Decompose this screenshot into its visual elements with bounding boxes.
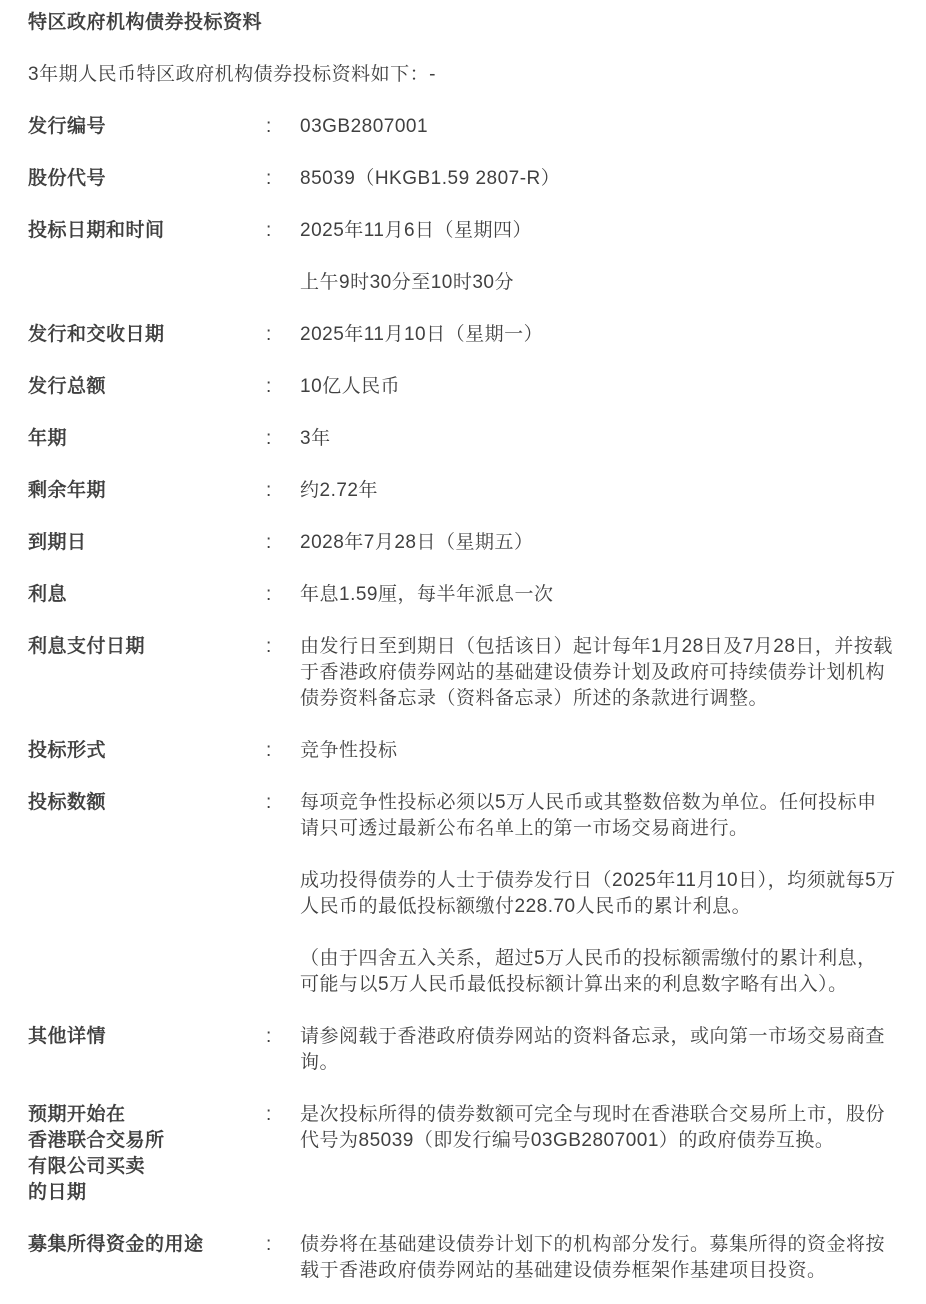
table-row: 到期日 : 2028年7月28日（星期五） <box>28 530 896 556</box>
row-value: 是次投标所得的债券数额可完全与现时在香港联合交易所上市，股份代号为85039（即… <box>300 1102 896 1154</box>
intro-line: 3年期人民币特区政府机构债券投标资料如下：- <box>28 62 896 88</box>
row-value-paragraph: 成功投得债券的人士于债券发行日（2025年11月10日），均须就每5万人民币的最… <box>300 868 896 920</box>
row-value-paragraph: 是次投标所得的债券数额可完全与现时在香港联合交易所上市，股份代号为85039（即… <box>300 1102 896 1154</box>
row-colon: : <box>266 322 300 348</box>
row-value-paragraph: 约2.72年 <box>300 478 896 504</box>
row-colon: : <box>266 166 300 192</box>
row-label: 其他详情 <box>28 1024 266 1050</box>
table-row: 发行编号 : 03GB2807001 <box>28 114 896 140</box>
row-value-paragraph: 3年 <box>300 426 896 452</box>
row-value: 10亿人民币 <box>300 374 896 400</box>
row-value-paragraph: 每项竞争性投标必须以5万人民币或其整数倍数为单位。任何投标申请只可透过最新公布名… <box>300 790 896 842</box>
row-colon: : <box>266 218 300 244</box>
row-value-paragraph: 年息1.59厘，每半年派息一次 <box>300 582 896 608</box>
row-value-paragraph: 由发行日至到期日（包括该日）起计每年1月28日及7月28日，并按载于香港政府债券… <box>300 634 896 712</box>
row-value-paragraph: 竞争性投标 <box>300 738 896 764</box>
row-label: 利息支付日期 <box>28 634 266 660</box>
row-value: 2025年11月6日（星期四）上午9时30分至10时30分 <box>300 218 896 296</box>
row-value-paragraph: 上午9时30分至10时30分 <box>300 270 896 296</box>
row-value: 2025年11月10日（星期一） <box>300 322 896 348</box>
row-colon: : <box>266 1232 300 1258</box>
table-row: 发行和交收日期 : 2025年11月10日（星期一） <box>28 322 896 348</box>
table-row: 投标数额 : 每项竞争性投标必须以5万人民币或其整数倍数为单位。任何投标申请只可… <box>28 790 896 998</box>
row-value: 2028年7月28日（星期五） <box>300 530 896 556</box>
bond-tender-document: 特区政府机构债券投标资料 3年期人民币特区政府机构债券投标资料如下：- 发行编号… <box>0 0 926 1304</box>
table-row: 发行总额 : 10亿人民币 <box>28 374 896 400</box>
row-colon: : <box>266 374 300 400</box>
row-label: 预期开始在 香港联合交易所 有限公司买卖 的日期 <box>28 1102 266 1206</box>
table-row: 剩余年期 : 约2.72年 <box>28 478 896 504</box>
row-value: 03GB2807001 <box>300 114 896 140</box>
table-row: 年期 : 3年 <box>28 426 896 452</box>
row-value-paragraph: 2025年11月6日（星期四） <box>300 218 896 244</box>
row-value: 约2.72年 <box>300 478 896 504</box>
row-value: 竞争性投标 <box>300 738 896 764</box>
row-label: 投标日期和时间 <box>28 218 266 244</box>
table-row: 投标日期和时间 : 2025年11月6日（星期四）上午9时30分至10时30分 <box>28 218 896 296</box>
row-label: 年期 <box>28 426 266 452</box>
row-label: 到期日 <box>28 530 266 556</box>
row-value: 每项竞争性投标必须以5万人民币或其整数倍数为单位。任何投标申请只可透过最新公布名… <box>300 790 896 998</box>
row-colon: : <box>266 530 300 556</box>
row-colon: : <box>266 738 300 764</box>
row-value-paragraph: 10亿人民币 <box>300 374 896 400</box>
table-row: 其他详情 : 请参阅载于香港政府债券网站的资料备忘录，或向第一市场交易商查询。 <box>28 1024 896 1076</box>
row-colon: : <box>266 790 300 816</box>
row-label: 募集所得资金的用途 <box>28 1232 266 1258</box>
row-value: 85039（HKGB1.59 2807-R） <box>300 166 896 192</box>
row-colon: : <box>266 1102 300 1128</box>
table-row: 股份代号 : 85039（HKGB1.59 2807-R） <box>28 166 896 192</box>
row-value: 请参阅载于香港政府债券网站的资料备忘录，或向第一市场交易商查询。 <box>300 1024 896 1076</box>
row-value-paragraph: 03GB2807001 <box>300 114 896 140</box>
row-value-paragraph: 请参阅载于香港政府债券网站的资料备忘录，或向第一市场交易商查询。 <box>300 1024 896 1076</box>
row-value: 由发行日至到期日（包括该日）起计每年1月28日及7月28日，并按载于香港政府债券… <box>300 634 896 712</box>
table-row: 投标形式 : 竞争性投标 <box>28 738 896 764</box>
table-row: 预期开始在 香港联合交易所 有限公司买卖 的日期 : 是次投标所得的债券数额可完… <box>28 1102 896 1206</box>
row-colon: : <box>266 478 300 504</box>
row-value-paragraph: 债券将在基础建设债券计划下的机构部分发行。募集所得的资金将按载于香港政府债券网站… <box>300 1232 896 1284</box>
row-label: 发行和交收日期 <box>28 322 266 348</box>
row-value-paragraph: 2025年11月10日（星期一） <box>300 322 896 348</box>
row-label: 发行编号 <box>28 114 266 140</box>
row-label: 发行总额 <box>28 374 266 400</box>
row-colon: : <box>266 426 300 452</box>
row-colon: : <box>266 634 300 660</box>
row-colon: : <box>266 1024 300 1050</box>
row-value-paragraph: （由于四舍五入关系，超过5万人民币的投标额需缴付的累计利息，可能与以5万人民币最… <box>300 946 896 998</box>
row-value-paragraph: 85039（HKGB1.59 2807-R） <box>300 166 896 192</box>
row-label: 剩余年期 <box>28 478 266 504</box>
row-value: 债券将在基础建设债券计划下的机构部分发行。募集所得的资金将按载于香港政府债券网站… <box>300 1232 896 1284</box>
row-colon: : <box>266 582 300 608</box>
row-value: 3年 <box>300 426 896 452</box>
table-row: 利息支付日期 : 由发行日至到期日（包括该日）起计每年1月28日及7月28日，并… <box>28 634 896 712</box>
row-label: 投标形式 <box>28 738 266 764</box>
row-label: 投标数额 <box>28 790 266 816</box>
row-colon: : <box>266 114 300 140</box>
row-value-paragraph: 2028年7月28日（星期五） <box>300 530 896 556</box>
row-label: 股份代号 <box>28 166 266 192</box>
tender-info-table: 发行编号 : 03GB2807001 股份代号 : 85039（HKGB1.59… <box>28 114 896 1284</box>
table-row: 募集所得资金的用途 : 债券将在基础建设债券计划下的机构部分发行。募集所得的资金… <box>28 1232 896 1284</box>
row-label: 利息 <box>28 582 266 608</box>
page-title: 特区政府机构债券投标资料 <box>28 10 896 36</box>
row-value: 年息1.59厘，每半年派息一次 <box>300 582 896 608</box>
table-row: 利息 : 年息1.59厘，每半年派息一次 <box>28 582 896 608</box>
